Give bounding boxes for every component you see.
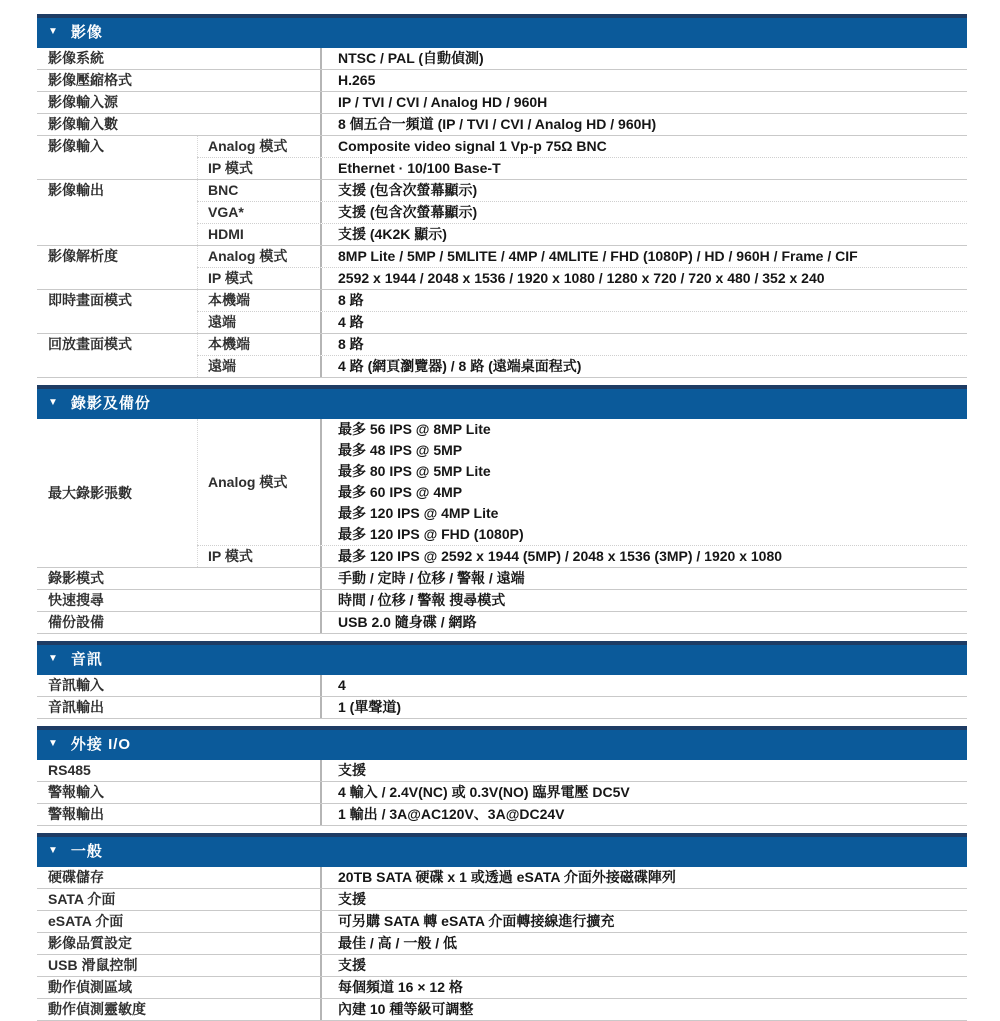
- section-header[interactable]: ▼錄影及備份: [37, 385, 967, 419]
- spec-label: 音訊輸出: [37, 697, 320, 718]
- spec-row: 影像系統NTSC / PAL (自動偵測): [37, 48, 967, 70]
- spec-sub-label: HDMI: [197, 224, 320, 245]
- spec-row-groups: 8 個五合一頻道 (IP / TVI / CVI / Analog HD / 9…: [320, 114, 967, 135]
- triangle-collapse-icon: ▼: [48, 836, 59, 866]
- spec-section: ▼一般硬碟儲存20TB SATA 硬碟 x 1 或透過 eSATA 介面外接磁碟…: [37, 833, 967, 1000]
- spec-row-groups: USB 2.0 隨身碟 / 網路: [320, 612, 967, 633]
- spec-values: 1 輸出 / 3A@AC120V、3A@DC24V: [320, 804, 967, 825]
- spec-group: Analog 模式最多 56 IPS @ 8MP Lite最多 48 IPS @…: [197, 419, 967, 545]
- spec-group: 20TB SATA 硬碟 x 1 或透過 eSATA 介面外接磁碟陣列: [320, 867, 967, 888]
- spec-group: 支援: [320, 889, 967, 910]
- spec-sub-label: BNC: [197, 180, 320, 201]
- spec-group: BNC支援 (包含次螢幕顯示): [197, 180, 967, 201]
- spec-value: 最佳 / 高 / 一般 / 低: [338, 933, 967, 954]
- spec-sub-label: IP 模式: [197, 268, 320, 289]
- spec-group: 1 輸出 / 3A@AC120V、3A@DC24V: [320, 804, 967, 825]
- spec-value: H.265: [338, 70, 967, 91]
- spec-group: 時間 / 位移 / 警報 搜尋模式: [320, 590, 967, 611]
- spec-values: H.265: [320, 70, 967, 91]
- spec-label: 快速搜尋: [37, 590, 320, 611]
- spec-row: 影像輸出BNC支援 (包含次螢幕顯示)VGA*支援 (包含次螢幕顯示)HDMI支…: [37, 180, 967, 246]
- spec-values: 2592 x 1944 / 2048 x 1536 / 1920 x 1080 …: [320, 268, 967, 289]
- spec-label: eSATA 介面: [37, 911, 320, 932]
- spec-row-groups: 最佳 / 高 / 一般 / 低: [320, 933, 967, 954]
- spec-row-groups: NTSC / PAL (自動偵測): [320, 48, 967, 69]
- spec-value: Composite video signal 1 Vp-p 75Ω BNC: [338, 136, 967, 157]
- spec-group: 遠端4 路: [197, 311, 967, 333]
- spec-value: 20TB SATA 硬碟 x 1 或透過 eSATA 介面外接磁碟陣列: [338, 867, 967, 888]
- spec-group: USB 2.0 隨身碟 / 網路: [320, 612, 967, 633]
- section-title: 音訊: [71, 645, 103, 675]
- spec-row: eSATA 介面可另購 SATA 轉 eSATA 介面轉接線進行擴充: [37, 911, 967, 933]
- spec-row-groups: 本機端8 路遠端4 路: [197, 290, 967, 333]
- spec-value: 最多 120 IPS @ FHD (1080P): [338, 524, 967, 545]
- spec-values: 8 個五合一頻道 (IP / TVI / CVI / Analog HD / 9…: [320, 114, 967, 135]
- spec-row-groups: 時間 / 位移 / 警報 搜尋模式: [320, 590, 967, 611]
- spec-value: 最多 56 IPS @ 8MP Lite: [338, 419, 967, 440]
- spec-value: NTSC / PAL (自動偵測): [338, 48, 967, 69]
- section-title: 錄影及備份: [71, 389, 151, 419]
- spec-group: 8 個五合一頻道 (IP / TVI / CVI / Analog HD / 9…: [320, 114, 967, 135]
- spec-value: 手動 / 定時 / 位移 / 警報 / 遠端: [338, 568, 967, 589]
- spec-sub-label: Analog 模式: [197, 136, 320, 157]
- spec-group: IP / TVI / CVI / Analog HD / 960H: [320, 92, 967, 113]
- spec-label: 影像解析度: [37, 246, 197, 289]
- spec-value: IP / TVI / CVI / Analog HD / 960H: [338, 92, 967, 113]
- spec-row-groups: 本機端8 路遠端4 路 (網頁瀏覽器) / 8 路 (遠端桌面程式): [197, 334, 967, 377]
- spec-sub-label: 本機端: [197, 290, 320, 311]
- spec-row: 備份設備USB 2.0 隨身碟 / 網路: [37, 612, 967, 634]
- spec-group: VGA*支援 (包含次螢幕顯示): [197, 201, 967, 223]
- spec-values: 1 (單聲道): [320, 697, 967, 718]
- spec-value: 8 路: [338, 334, 967, 355]
- spec-group: IP 模式Ethernet · 10/100 Base-T: [197, 157, 967, 179]
- spec-row: 錄影模式手動 / 定時 / 位移 / 警報 / 遠端: [37, 568, 967, 590]
- spec-sub-label: VGA*: [197, 202, 320, 223]
- spec-value: 1 (單聲道): [338, 697, 967, 718]
- spec-label: 影像品質設定: [37, 933, 320, 954]
- spec-group: 本機端8 路: [197, 290, 967, 311]
- spec-value: 4: [338, 675, 967, 696]
- spec-values: 每個頻道 16 × 12 格: [320, 977, 967, 998]
- spec-value: 8 路: [338, 290, 967, 311]
- spec-row-groups: 可另購 SATA 轉 eSATA 介面轉接線進行擴充: [320, 911, 967, 932]
- spec-sub-label: 本機端: [197, 334, 320, 355]
- section-header[interactable]: ▼外接 I/O: [37, 726, 967, 760]
- spec-group: 最佳 / 高 / 一般 / 低: [320, 933, 967, 954]
- spec-values: Ethernet · 10/100 Base-T: [320, 158, 967, 179]
- spec-row-groups: Analog 模式最多 56 IPS @ 8MP Lite最多 48 IPS @…: [197, 419, 967, 567]
- spec-section: ▼錄影及備份最大錄影張數Analog 模式最多 56 IPS @ 8MP Lit…: [37, 385, 967, 634]
- spec-row: 音訊輸出1 (單聲道): [37, 697, 967, 719]
- spec-value: 2592 x 1944 / 2048 x 1536 / 1920 x 1080 …: [338, 268, 967, 289]
- spec-label: 錄影模式: [37, 568, 320, 589]
- spec-values: 4 輸入 / 2.4V(NC) 或 0.3V(NO) 臨界電壓 DC5V: [320, 782, 967, 803]
- spec-values: IP / TVI / CVI / Analog HD / 960H: [320, 92, 967, 113]
- triangle-collapse-icon: ▼: [48, 17, 59, 47]
- spec-value: 支援 (4K2K 顯示): [338, 224, 967, 245]
- spec-row-groups: H.265: [320, 70, 967, 91]
- spec-values: NTSC / PAL (自動偵測): [320, 48, 967, 69]
- spec-values: USB 2.0 隨身碟 / 網路: [320, 612, 967, 633]
- spec-group: 可另購 SATA 轉 eSATA 介面轉接線進行擴充: [320, 911, 967, 932]
- spec-value: Ethernet · 10/100 Base-T: [338, 158, 967, 179]
- triangle-collapse-icon: ▼: [48, 644, 59, 674]
- spec-row: USB 滑鼠控制支援: [37, 955, 967, 977]
- spec-label: 影像壓縮格式: [37, 70, 320, 91]
- spec-values: Composite video signal 1 Vp-p 75Ω BNC: [320, 136, 967, 157]
- spec-value: 支援 (包含次螢幕顯示): [338, 202, 967, 223]
- spec-value: 最多 120 IPS @ 4MP Lite: [338, 503, 967, 524]
- spec-label: 即時畫面模式: [37, 290, 197, 333]
- spec-value: 每個頻道 16 × 12 格: [338, 977, 967, 998]
- spec-row: 影像解析度Analog 模式8MP Lite / 5MP / 5MLITE / …: [37, 246, 967, 290]
- spec-row-groups: 1 (單聲道): [320, 697, 967, 718]
- spec-group: Analog 模式8MP Lite / 5MP / 5MLITE / 4MP /…: [197, 246, 967, 267]
- spec-value: 1 輸出 / 3A@AC120V、3A@DC24V: [338, 804, 967, 825]
- spec-row-groups: 4: [320, 675, 967, 696]
- spec-values: 支援: [320, 889, 967, 910]
- spec-value: 時間 / 位移 / 警報 搜尋模式: [338, 590, 967, 611]
- spec-label: 影像輸出: [37, 180, 197, 245]
- spec-value: 8 個五合一頻道 (IP / TVI / CVI / Analog HD / 9…: [338, 114, 967, 135]
- spec-row: 影像輸入數8 個五合一頻道 (IP / TVI / CVI / Analog H…: [37, 114, 967, 136]
- spec-label: 最大錄影張數: [37, 419, 197, 567]
- spec-label: 影像系統: [37, 48, 320, 69]
- spec-label: 回放畫面模式: [37, 334, 197, 377]
- spec-values: 手動 / 定時 / 位移 / 警報 / 遠端: [320, 568, 967, 589]
- spec-label: SATA 介面: [37, 889, 320, 910]
- spec-group: 1 (單聲道): [320, 697, 967, 718]
- spec-row: RS485支援: [37, 760, 967, 782]
- spec-values: 4 路: [320, 312, 967, 333]
- triangle-collapse-icon: ▼: [48, 388, 59, 418]
- spec-group: IP 模式2592 x 1944 / 2048 x 1536 / 1920 x …: [197, 267, 967, 289]
- spec-sub-label: Analog 模式: [197, 419, 320, 545]
- spec-section: ▼音訊音訊輸入4音訊輸出1 (單聲道): [37, 641, 967, 719]
- spec-value: 4 路 (網頁瀏覽器) / 8 路 (遠端桌面程式): [338, 356, 967, 377]
- spec-values: 支援: [320, 760, 967, 781]
- spec-value: 最多 48 IPS @ 5MP: [338, 440, 967, 461]
- spec-values: 可另購 SATA 轉 eSATA 介面轉接線進行擴充: [320, 911, 967, 932]
- spec-values: 支援 (包含次螢幕顯示): [320, 180, 967, 201]
- spec-group: 4: [320, 675, 967, 696]
- spec-label: 硬碟儲存: [37, 867, 320, 888]
- spec-values: 支援 (包含次螢幕顯示): [320, 202, 967, 223]
- spec-row-groups: 支援: [320, 760, 967, 781]
- spec-value: 可另購 SATA 轉 eSATA 介面轉接線進行擴充: [338, 911, 967, 932]
- spec-row-groups: Analog 模式8MP Lite / 5MP / 5MLITE / 4MP /…: [197, 246, 967, 289]
- spec-row: 影像輸入源IP / TVI / CVI / Analog HD / 960H: [37, 92, 967, 114]
- spec-sub-label: Analog 模式: [197, 246, 320, 267]
- spec-group: 本機端8 路: [197, 334, 967, 355]
- spec-value: 8MP Lite / 5MP / 5MLITE / 4MP / 4MLITE /…: [338, 246, 967, 267]
- spec-row-groups: 支援: [320, 955, 967, 976]
- spec-label: 動作偵測區域: [37, 977, 320, 998]
- spec-row: 動作偵測區域每個頻道 16 × 12 格: [37, 977, 967, 999]
- section-header[interactable]: ▼音訊: [37, 641, 967, 675]
- section-header[interactable]: ▼一般: [37, 833, 967, 867]
- spec-row: 影像輸入Analog 模式Composite video signal 1 Vp…: [37, 136, 967, 180]
- spec-sub-label: 遠端: [197, 356, 320, 377]
- spec-row-groups: BNC支援 (包含次螢幕顯示)VGA*支援 (包含次螢幕顯示)HDMI支援 (4…: [197, 180, 967, 245]
- spec-value: 支援: [338, 889, 967, 910]
- spec-row: 硬碟儲存20TB SATA 硬碟 x 1 或透過 eSATA 介面外接磁碟陣列: [37, 867, 967, 889]
- section-title: 影像: [71, 18, 103, 48]
- spec-values: 最多 120 IPS @ 2592 x 1944 (5MP) / 2048 x …: [320, 546, 967, 567]
- spec-section: ▼影像影像系統NTSC / PAL (自動偵測)影像壓縮格式H.265影像輸入源…: [37, 14, 967, 378]
- spec-group: 每個頻道 16 × 12 格: [320, 977, 967, 998]
- spec-label: 影像輸入源: [37, 92, 320, 113]
- spec-group: 支援: [320, 760, 967, 781]
- spec-label: 影像輸入數: [37, 114, 320, 135]
- spec-row: 影像壓縮格式H.265: [37, 70, 967, 92]
- section-title: 一般: [71, 837, 103, 867]
- spec-values: 20TB SATA 硬碟 x 1 或透過 eSATA 介面外接磁碟陣列: [320, 867, 967, 888]
- spec-row: 快速搜尋時間 / 位移 / 警報 搜尋模式: [37, 590, 967, 612]
- spec-label: 備份設備: [37, 612, 320, 633]
- spec-group: IP 模式最多 120 IPS @ 2592 x 1944 (5MP) / 20…: [197, 545, 967, 567]
- spec-table: ▼影像影像系統NTSC / PAL (自動偵測)影像壓縮格式H.265影像輸入源…: [37, 14, 967, 1000]
- spec-values: 8 路: [320, 334, 967, 355]
- spec-group: H.265: [320, 70, 967, 91]
- spec-row-groups: Analog 模式Composite video signal 1 Vp-p 7…: [197, 136, 967, 179]
- spec-value: 支援: [338, 760, 967, 781]
- spec-group: NTSC / PAL (自動偵測): [320, 48, 967, 69]
- spec-value: USB 2.0 隨身碟 / 網路: [338, 612, 967, 633]
- spec-row-groups: 20TB SATA 硬碟 x 1 或透過 eSATA 介面外接磁碟陣列: [320, 867, 967, 888]
- spec-row: 警報輸出1 輸出 / 3A@AC120V、3A@DC24V: [37, 804, 967, 826]
- spec-label: 音訊輸入: [37, 675, 320, 696]
- spec-label: 警報輸出: [37, 804, 320, 825]
- spec-group: 手動 / 定時 / 位移 / 警報 / 遠端: [320, 568, 967, 589]
- spec-sub-label: IP 模式: [197, 546, 320, 567]
- spec-group: Analog 模式Composite video signal 1 Vp-p 7…: [197, 136, 967, 157]
- spec-row-groups: 手動 / 定時 / 位移 / 警報 / 遠端: [320, 568, 967, 589]
- spec-label: 警報輸入: [37, 782, 320, 803]
- spec-label: USB 滑鼠控制: [37, 955, 320, 976]
- spec-row: 回放畫面模式本機端8 路遠端4 路 (網頁瀏覽器) / 8 路 (遠端桌面程式): [37, 334, 967, 378]
- spec-values: 最佳 / 高 / 一般 / 低: [320, 933, 967, 954]
- spec-group: HDMI支援 (4K2K 顯示): [197, 223, 967, 245]
- spec-value: 最多 80 IPS @ 5MP Lite: [338, 461, 967, 482]
- spec-values: 支援 (4K2K 顯示): [320, 224, 967, 245]
- spec-row-groups: IP / TVI / CVI / Analog HD / 960H: [320, 92, 967, 113]
- spec-value: 最多 120 IPS @ 2592 x 1944 (5MP) / 2048 x …: [338, 546, 967, 567]
- spec-row-groups: 4 輸入 / 2.4V(NC) 或 0.3V(NO) 臨界電壓 DC5V: [320, 782, 967, 803]
- spec-row: 警報輸入4 輸入 / 2.4V(NC) 或 0.3V(NO) 臨界電壓 DC5V: [37, 782, 967, 804]
- spec-row: SATA 介面支援: [37, 889, 967, 911]
- spec-row-groups: 每個頻道 16 × 12 格: [320, 977, 967, 998]
- spec-label: RS485: [37, 760, 320, 781]
- spec-values: 8 路: [320, 290, 967, 311]
- spec-row: 音訊輸入4: [37, 675, 967, 697]
- spec-values: 時間 / 位移 / 警報 搜尋模式: [320, 590, 967, 611]
- spec-values: 8MP Lite / 5MP / 5MLITE / 4MP / 4MLITE /…: [320, 246, 967, 267]
- section-header[interactable]: ▼影像: [37, 14, 967, 48]
- spec-row-groups: 1 輸出 / 3A@AC120V、3A@DC24V: [320, 804, 967, 825]
- spec-values: 4 路 (網頁瀏覽器) / 8 路 (遠端桌面程式): [320, 356, 967, 377]
- spec-value: 最多 60 IPS @ 4MP: [338, 482, 967, 503]
- spec-values: 最多 56 IPS @ 8MP Lite最多 48 IPS @ 5MP最多 80…: [320, 419, 967, 545]
- spec-sub-label: IP 模式: [197, 158, 320, 179]
- spec-values: 支援: [320, 955, 967, 976]
- section-title: 外接 I/O: [71, 730, 131, 760]
- spec-group: 遠端4 路 (網頁瀏覽器) / 8 路 (遠端桌面程式): [197, 355, 967, 377]
- spec-group: 4 輸入 / 2.4V(NC) 或 0.3V(NO) 臨界電壓 DC5V: [320, 782, 967, 803]
- spec-row: 即時畫面模式本機端8 路遠端4 路: [37, 290, 967, 334]
- spec-row: 最大錄影張數Analog 模式最多 56 IPS @ 8MP Lite最多 48…: [37, 419, 967, 568]
- spec-section: ▼外接 I/ORS485支援警報輸入4 輸入 / 2.4V(NC) 或 0.3V…: [37, 726, 967, 826]
- spec-label: 影像輸入: [37, 136, 197, 179]
- spec-value: 4 輸入 / 2.4V(NC) 或 0.3V(NO) 臨界電壓 DC5V: [338, 782, 967, 803]
- spec-row-groups: 支援: [320, 889, 967, 910]
- spec-sub-label: 遠端: [197, 312, 320, 333]
- spec-value: 4 路: [338, 312, 967, 333]
- spec-group: 支援: [320, 955, 967, 976]
- spec-values: 4: [320, 675, 967, 696]
- spec-row: 影像品質設定最佳 / 高 / 一般 / 低: [37, 933, 967, 955]
- spec-value: 支援: [338, 955, 967, 976]
- triangle-collapse-icon: ▼: [48, 729, 59, 759]
- spec-value: 支援 (包含次螢幕顯示): [338, 180, 967, 201]
